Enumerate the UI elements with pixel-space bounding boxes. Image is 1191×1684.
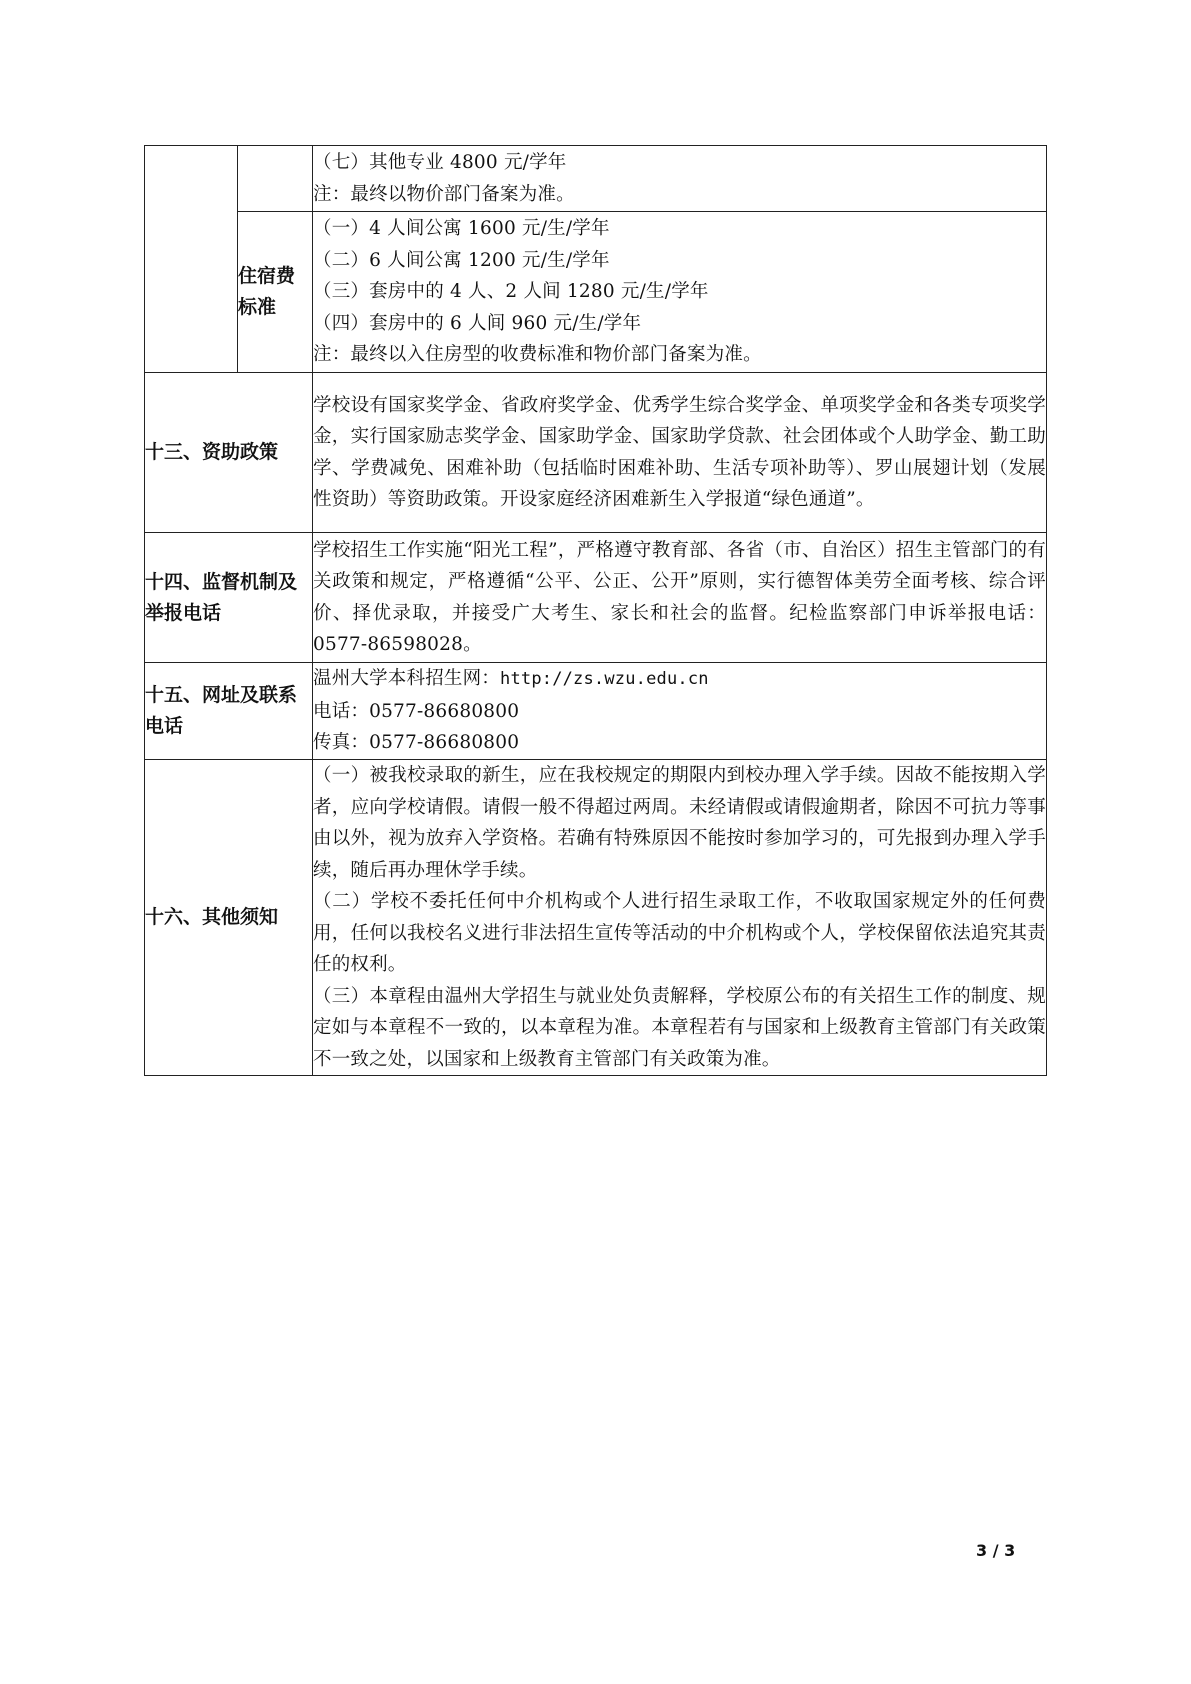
supervision-content: 学校招生工作实施“阳光工程”，严格遵守教育部、各省（市、自治区）招生主管部门的有…	[313, 533, 1047, 663]
tuition-note: 注：最终以物价部门备案为准。	[313, 179, 1046, 211]
financial-aid-paragraph: 学校设有国家奖学金、省政府奖学金、优秀学生综合奖学金、单项奖学金和各类专项奖学金…	[313, 390, 1046, 516]
sublabel-line-1: 住宿费	[238, 261, 312, 292]
document-page: （七）其他专业 4800 元/学年 注：最终以物价部门备案为准。 住宿费 标准 …	[0, 0, 1191, 1684]
section-label-supervision: 十四、监督机制及 举报电话	[145, 533, 313, 663]
website-label: 温州大学本科招生网：	[313, 668, 500, 689]
accommodation-content: （一）4 人间公寓 1600 元/生/学年 （二）6 人间公寓 1200 元/生…	[313, 212, 1047, 373]
table-row-contact: 十五、网址及联系 电话 温州大学本科招生网：http://zs.wzu.edu.…	[145, 663, 1047, 760]
section-label-line-2: 电话	[145, 711, 312, 742]
section-label-contact: 十五、网址及联系 电话	[145, 663, 313, 760]
phone-line: 电话：0577-86680800	[313, 696, 1046, 728]
other-notes-paragraph-3: （三）本章程由温州大学招生与就业处负责解释，学校原公布的有关招生工作的制度、规定…	[313, 981, 1046, 1076]
accommodation-item: （四）套房中的 6 人间 960 元/生/学年	[313, 308, 1046, 340]
section-label-financial-aid: 十三、资助政策	[145, 373, 313, 533]
other-notes-paragraph-1: （一）被我校录取的新生，应在我校规定的期限内到校办理入学手续。因故不能按期入学者…	[313, 760, 1046, 886]
tuition-content: （七）其他专业 4800 元/学年 注：最终以物价部门备案为准。	[313, 146, 1047, 212]
contact-content: 温州大学本科招生网：http://zs.wzu.edu.cn 电话：0577-8…	[313, 663, 1047, 760]
table-row-supervision: 十四、监督机制及 举报电话 学校招生工作实施“阳光工程”，严格遵守教育部、各省（…	[145, 533, 1047, 663]
section-label-other-notes: 十六、其他须知	[145, 760, 313, 1076]
section-label-line-1: 十五、网址及联系	[145, 680, 312, 711]
sublabel-accommodation-fee: 住宿费 标准	[238, 212, 313, 373]
table-row-accommodation: 住宿费 标准 （一）4 人间公寓 1600 元/生/学年 （二）6 人间公寓 1…	[145, 212, 1047, 373]
table-row-financial-aid: 十三、资助政策 学校设有国家奖学金、省政府奖学金、优秀学生综合奖学金、单项奖学金…	[145, 373, 1047, 533]
tuition-line-other-majors: （七）其他专业 4800 元/学年	[313, 147, 1046, 179]
fax-line: 传真：0577-86680800	[313, 727, 1046, 759]
section-label-line-2: 举报电话	[145, 598, 312, 629]
accommodation-item: （一）4 人间公寓 1600 元/生/学年	[313, 213, 1046, 245]
table-row-tuition-continued: （七）其他专业 4800 元/学年 注：最终以物价部门备案为准。	[145, 146, 1047, 212]
other-notes-paragraph-2: （二）学校不委托任何中介机构或个人进行招生录取工作，不收取国家规定外的任何费用，…	[313, 886, 1046, 981]
supervision-paragraph: 学校招生工作实施“阳光工程”，严格遵守教育部、各省（市、自治区）招生主管部门的有…	[313, 535, 1046, 661]
section-label-line-1: 十四、监督机制及	[145, 567, 312, 598]
financial-aid-content: 学校设有国家奖学金、省政府奖学金、优秀学生综合奖学金、单项奖学金和各类专项奖学金…	[313, 373, 1047, 533]
page-number: 3 / 3	[976, 1541, 1015, 1560]
accommodation-item: （二）6 人间公寓 1200 元/生/学年	[313, 245, 1046, 277]
other-notes-content: （一）被我校录取的新生，应在我校规定的期限内到校办理入学手续。因故不能按期入学者…	[313, 760, 1047, 1076]
website-link[interactable]: http://zs.wzu.edu.cn	[500, 669, 709, 689]
section-label-empty	[145, 146, 238, 373]
accommodation-note: 注：最终以入住房型的收费标准和物价部门备案为准。	[313, 339, 1046, 371]
table-row-other-notes: 十六、其他须知 （一）被我校录取的新生，应在我校规定的期限内到校办理入学手续。因…	[145, 760, 1047, 1076]
sublabel-empty	[238, 146, 313, 212]
admission-charter-table: （七）其他专业 4800 元/学年 注：最终以物价部门备案为准。 住宿费 标准 …	[144, 145, 1047, 1076]
accommodation-item: （三）套房中的 4 人、2 人间 1280 元/生/学年	[313, 276, 1046, 308]
website-line: 温州大学本科招生网：http://zs.wzu.edu.cn	[313, 663, 1046, 696]
sublabel-line-2: 标准	[238, 292, 312, 323]
